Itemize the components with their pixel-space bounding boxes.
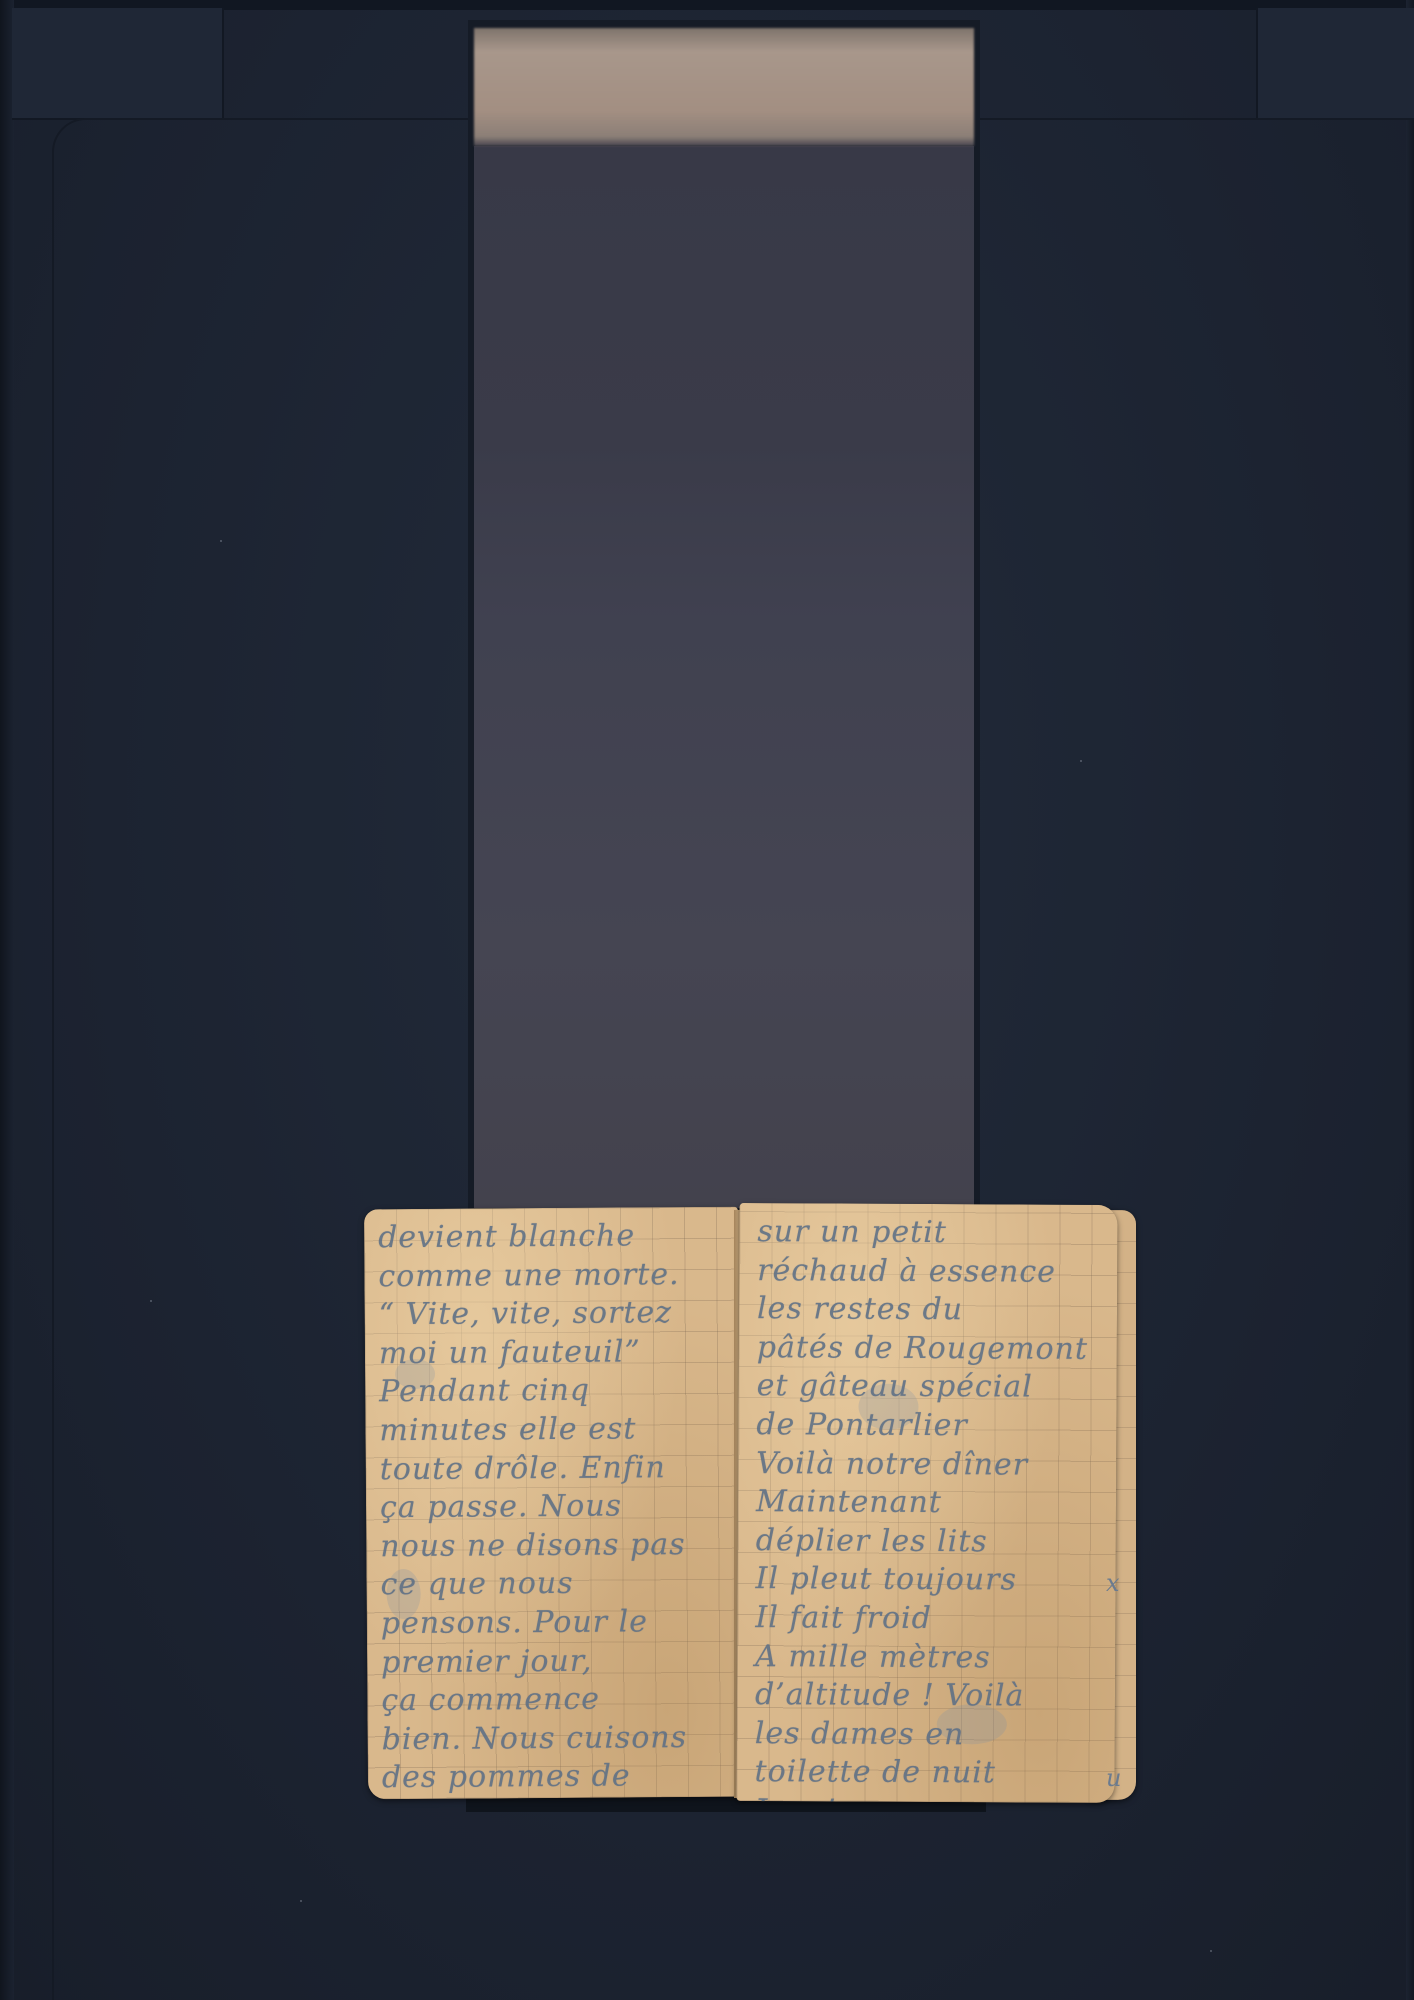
handwritten-line: des pommes de bbox=[382, 1757, 732, 1798]
handwritten-line: toute drôle. Enfin bbox=[380, 1448, 730, 1489]
handwritten-line: moi un fauteuil” bbox=[379, 1333, 729, 1374]
handwritten-line: d’altitude ! Voilà bbox=[755, 1676, 1105, 1716]
scanner-left-edge bbox=[0, 0, 14, 2000]
dust-speck bbox=[1080, 760, 1082, 762]
handwritten-line: Pendant cinq bbox=[379, 1371, 729, 1412]
handwritten-line: réchaud à essence bbox=[757, 1252, 1107, 1292]
notebook: devient blanche comme une morte. “ Vite,… bbox=[366, 1204, 1146, 1804]
left-page-text: devient blanche comme une morte. “ Vite,… bbox=[378, 1217, 732, 1800]
dust-speck bbox=[300, 1900, 302, 1902]
handwritten-line: et gâteau spécial bbox=[757, 1367, 1107, 1407]
handwritten-line: ça passe. Nous bbox=[380, 1487, 730, 1528]
handwritten-line: Il pleut toujours bbox=[755, 1560, 1105, 1600]
handwritten-line: sur un petit bbox=[757, 1213, 1107, 1253]
dust-speck bbox=[1210, 1950, 1212, 1952]
right-page-text: sur un petit réchaud à essence les reste… bbox=[754, 1213, 1107, 1803]
handwritten-line: “ Vite, vite, sortez bbox=[379, 1294, 729, 1335]
holder-corner-tab-right bbox=[1256, 8, 1414, 120]
holder-corner-tab-left bbox=[12, 8, 224, 120]
handwritten-line: Voilà notre dîner bbox=[756, 1445, 1106, 1485]
film-window-light-band bbox=[474, 28, 974, 146]
handwritten-line: bien. Nous cuisons bbox=[382, 1718, 732, 1759]
margin-marks: x u bbox=[1100, 1204, 1130, 1802]
dust-speck bbox=[220, 540, 222, 542]
handwritten-line: Il fait froid bbox=[755, 1599, 1105, 1639]
handwritten-line: Maintenant bbox=[756, 1483, 1106, 1523]
handwritten-line: comme une morte. bbox=[378, 1255, 728, 1296]
margin-mark: x bbox=[1106, 1569, 1120, 1597]
handwritten-line: pensons. Pour le bbox=[381, 1603, 731, 1644]
handwritten-line: premier jour, bbox=[381, 1641, 731, 1682]
handwritten-line: pâtés de Rougemont bbox=[757, 1329, 1107, 1369]
handwritten-line: déplier les lits bbox=[756, 1522, 1106, 1562]
handwritten-line: nous ne disons pas bbox=[380, 1526, 730, 1567]
handwritten-line: les dames en bbox=[755, 1715, 1105, 1755]
film-window-dark-area bbox=[474, 146, 974, 1208]
handwritten-line: ce que nous bbox=[380, 1564, 730, 1605]
handwritten-line: toilette de nuit bbox=[754, 1753, 1104, 1793]
handwritten-line: Je m’avance bbox=[754, 1792, 1104, 1803]
handwritten-line: devient blanche bbox=[378, 1217, 728, 1258]
handwritten-line: A mille mètres bbox=[755, 1638, 1105, 1678]
handwritten-line: les restes du bbox=[757, 1290, 1107, 1330]
notebook-right-page: sur un petit réchaud à essence les reste… bbox=[736, 1203, 1117, 1803]
handwritten-line: de Pontarlier bbox=[756, 1406, 1106, 1446]
notebook-left-page: devient blanche comme une morte. “ Vite,… bbox=[364, 1207, 742, 1800]
margin-mark: u bbox=[1106, 1764, 1121, 1792]
handwritten-line: minutes elle est bbox=[379, 1410, 729, 1451]
handwritten-line: ça commence bbox=[381, 1680, 731, 1721]
dust-speck bbox=[150, 1300, 152, 1302]
